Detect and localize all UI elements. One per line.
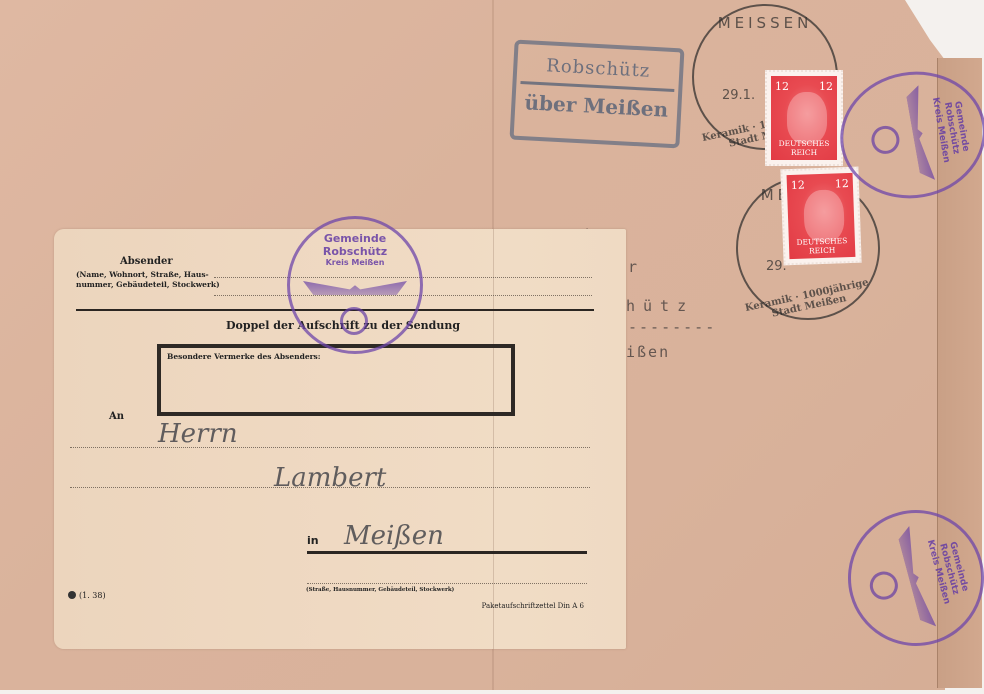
postage-stamp-1: 12 12 DEUTSCHES REICH: [765, 70, 843, 166]
wreath-icon: [869, 124, 901, 156]
stamp-country: DEUTSCHES REICH: [789, 236, 856, 256]
place-box-stamp: Robschütz über Meißen: [509, 40, 684, 149]
portrait-icon: [787, 92, 827, 144]
printer-mark-icon: [68, 591, 76, 599]
sender-hint-line1: (Name, Wohnort, Straße, Haus-: [76, 270, 220, 280]
handwritten-name: Lambert: [274, 463, 386, 493]
recipient-line-1: [70, 447, 590, 448]
wreath-icon: [867, 568, 901, 602]
typed-address-line3: hütz: [626, 297, 694, 315]
typed-address-separator: --------: [628, 318, 716, 336]
print-code-text: (1. 38): [79, 591, 106, 600]
box-stamp-line1: Robschütz: [517, 54, 680, 83]
form-name: Paketaufschriftzettel Din A 6: [482, 602, 584, 610]
handwritten-salutation: Herrn: [158, 419, 238, 449]
card-fold-line: [493, 229, 494, 649]
sender-hint: (Name, Wohnort, Straße, Haus- nummer, Ge…: [76, 270, 220, 290]
sender-hint-line2: nummer, Gebäudeteil, Stockwerk): [76, 280, 220, 290]
stamp-value-left: 12: [775, 80, 789, 93]
sender-label: Absender: [120, 256, 173, 267]
handwritten-city: Meißen: [344, 521, 444, 551]
seal-line2: Robschütz: [290, 246, 420, 259]
print-code: (1. 38): [68, 591, 106, 600]
typed-address-line4: ißen: [626, 343, 670, 361]
remarks-label: Besondere Vermerke des Absenders:: [167, 352, 321, 361]
recipient-label: An: [109, 411, 124, 422]
sender-remarks-box: Besondere Vermerke des Absenders:: [157, 344, 515, 416]
postmark-date: 29.1.: [722, 88, 755, 103]
seal-text: Gemeinde Robschütz Kreis Meißen: [290, 233, 420, 267]
seal-line3: Kreis Meißen: [290, 258, 420, 267]
stamp-country: DEUTSCHES REICH: [771, 139, 837, 157]
stamp-value-left: 12: [791, 179, 805, 192]
municipal-seal-main: Gemeinde Robschütz Kreis Meißen: [287, 216, 423, 354]
eagle-icon: [303, 281, 407, 295]
stamp-value-right: 12: [819, 80, 833, 93]
portrait-icon: [803, 189, 845, 242]
street-hint: (Straße, Hausnummer, Gebäudeteil, Stockw…: [306, 587, 454, 593]
typed-address-line2: r: [628, 258, 639, 276]
street-line: [307, 583, 587, 584]
stamp-value-right: 12: [835, 177, 849, 190]
city-label: in: [307, 534, 319, 547]
seal-line1: Gemeinde: [290, 233, 420, 246]
wreath-icon: [340, 307, 368, 335]
postage-stamp-2: 12 12 DEUTSCHES REICH: [780, 167, 861, 266]
postmark-city: MEISSEN: [694, 14, 836, 32]
city-rule: [307, 551, 587, 554]
box-stamp-line2: über Meißen: [515, 90, 678, 122]
